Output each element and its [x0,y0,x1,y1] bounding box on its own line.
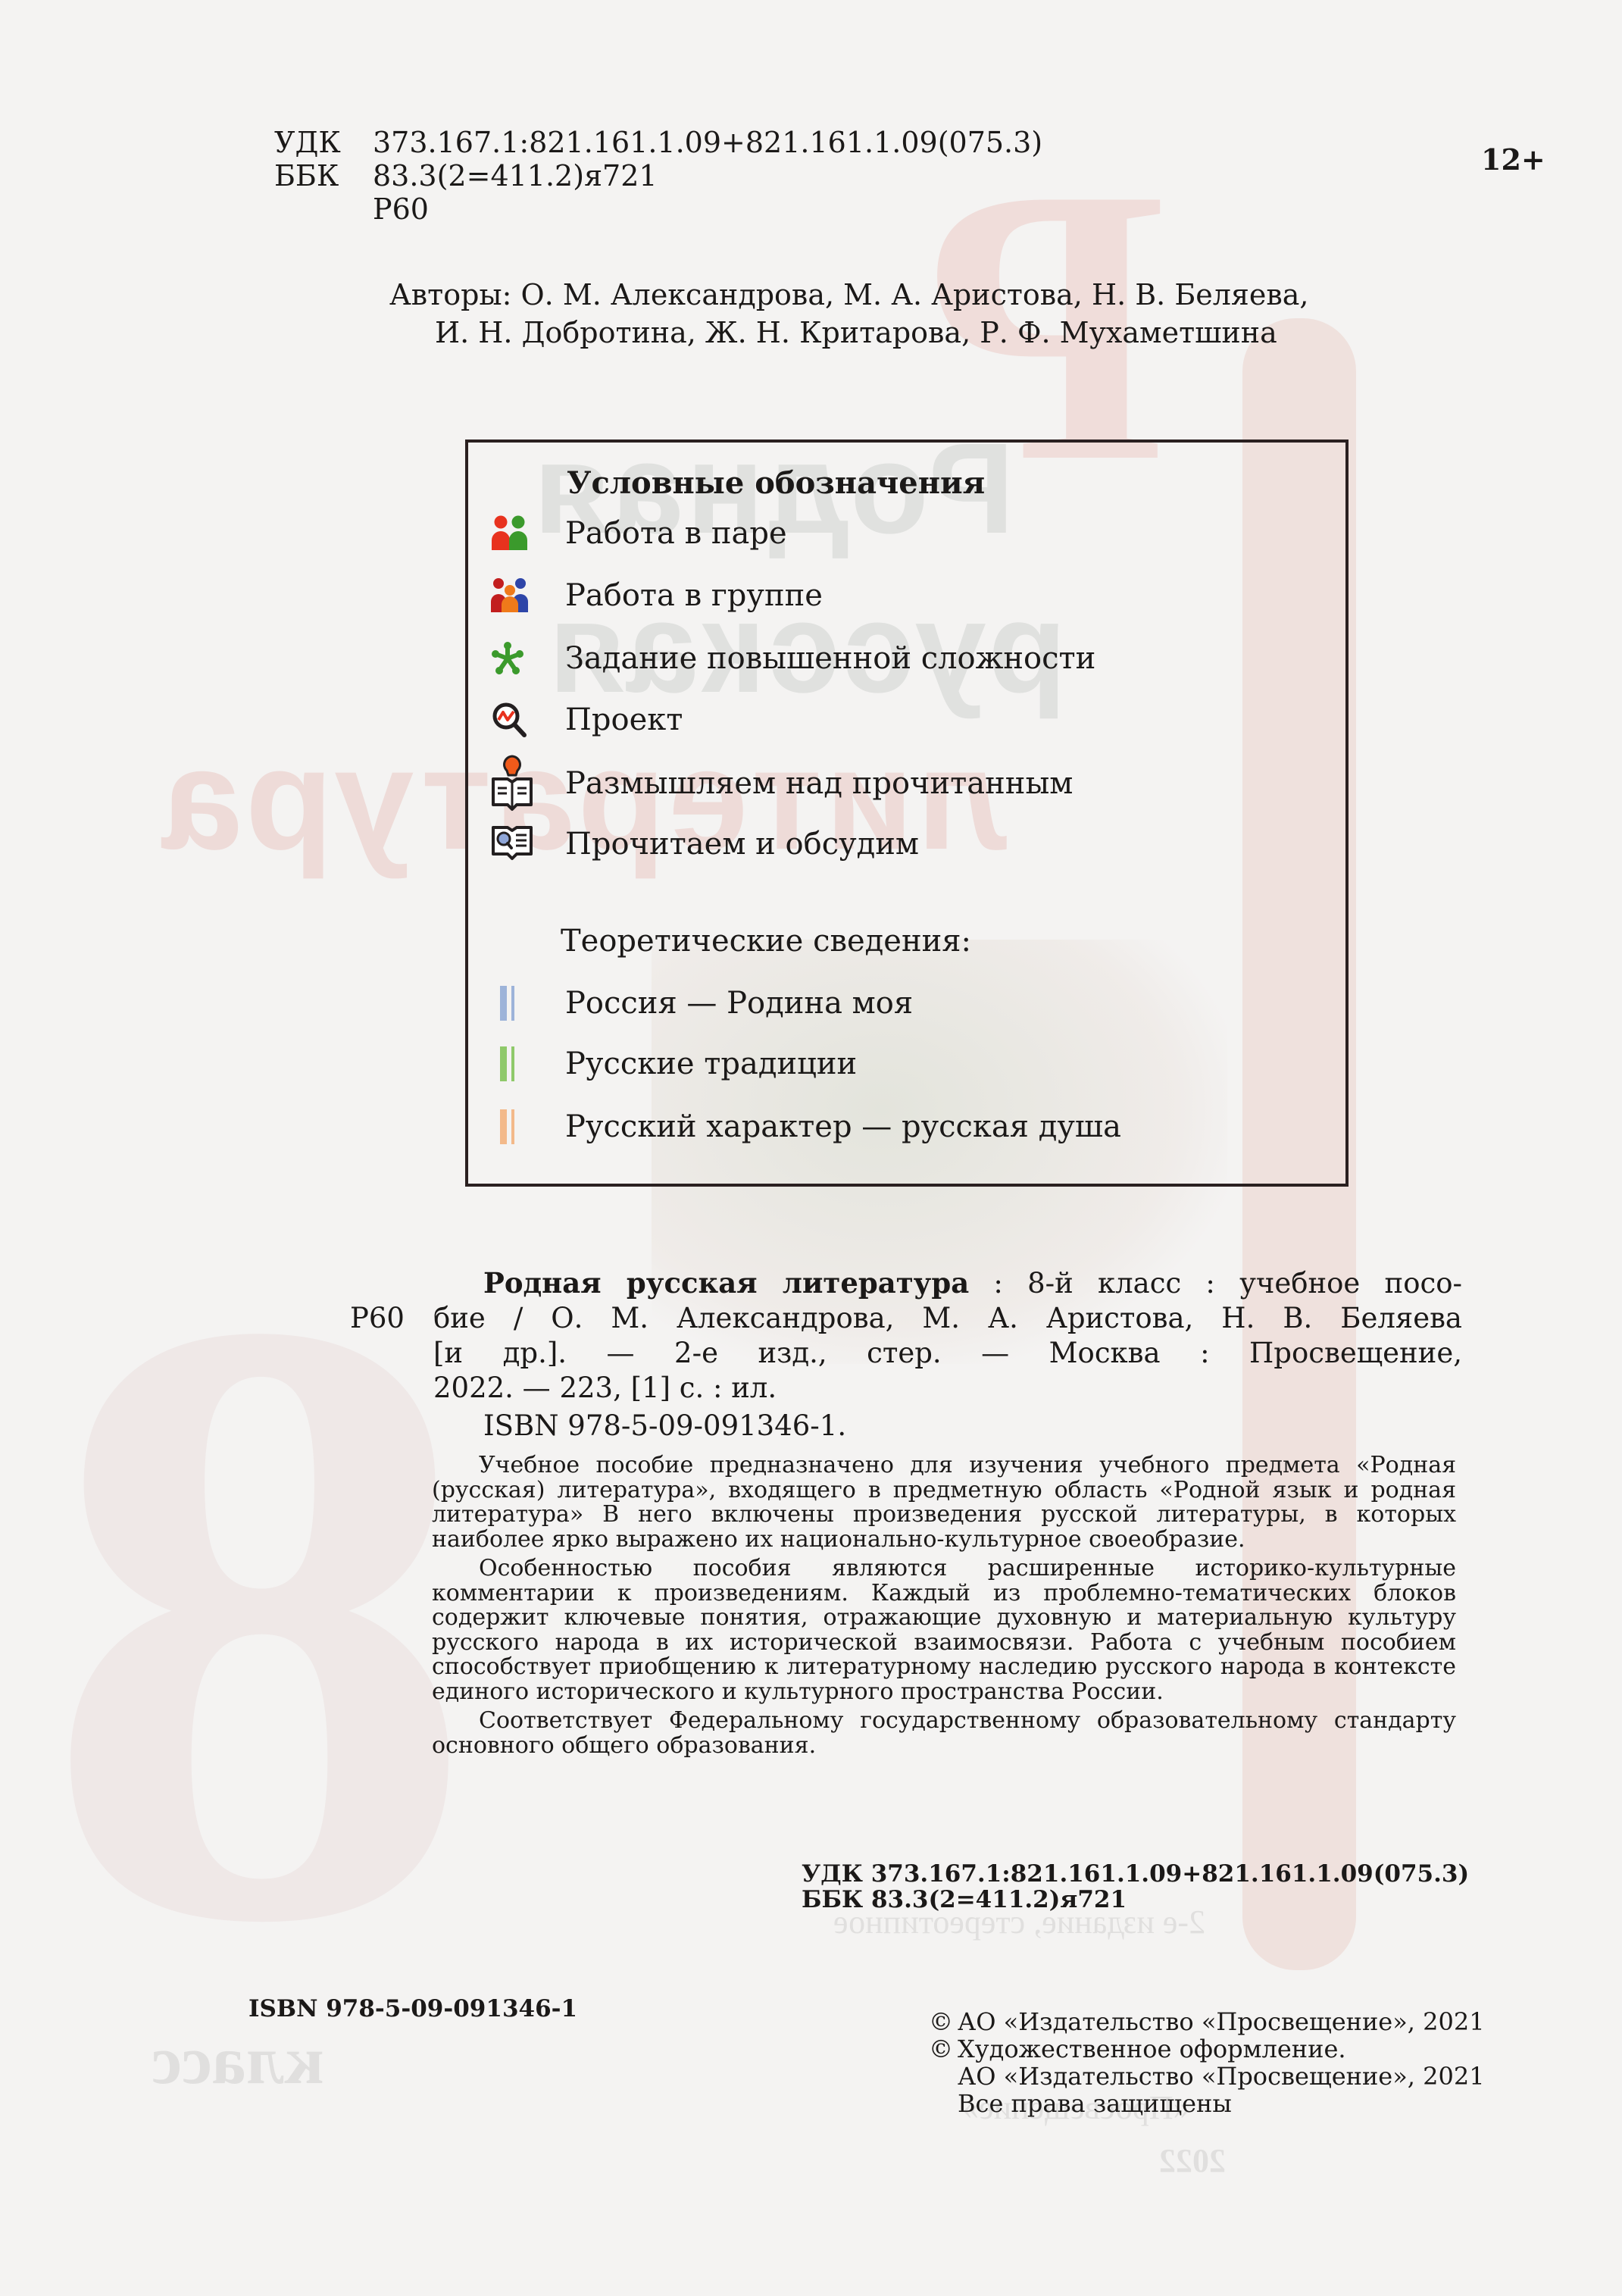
theory-label: Россия — Родина моя [565,986,913,1021]
legend-label: Прочитаем и обсудим [565,827,919,862]
watermark-grade-word: класс [152,2027,323,2095]
legend-label: Работа в паре [565,516,787,551]
bib-line-3: [и др.]. — 2-е изд., стер. — Москва : Пр… [350,1336,1462,1371]
watermark-year: 2022 [1159,2144,1226,2178]
bbk-value: 83.3(2=411.2)я721 [373,159,658,192]
copyright-icon: © [929,2008,958,2035]
bib-line-4: 2022. — 223, [1] с. : ил. [350,1371,1462,1406]
legend-item-advanced-task: Задание повышенной сложности [491,636,1095,681]
legend-item-read-discuss: Прочитаем и обсудим [491,821,919,867]
copyright-icon: © [929,2035,958,2063]
project-magnifier-icon [491,697,539,743]
theory-label: Русские традиции [565,1046,857,1081]
legend-label: Проект [565,702,683,737]
legend-item-group-work: Работа в группе [491,573,823,618]
orange-bar-marker-icon [491,1104,539,1150]
legend-label: Работа в группе [565,578,823,613]
book-title: Родная русская литература [483,1266,969,1300]
authors-line-1: Авторы: О. М. Александрова, М. А. Аристо… [389,276,1480,314]
theory-label: Русский характер — русская душа [565,1109,1121,1144]
classification-footer: УДК 373.167.1:821.161.1.09+821.161.1.09(… [802,1861,1469,1913]
pair-work-icon [491,511,539,556]
group-work-icon [491,573,539,618]
legend-title: Условные обозначения [567,465,985,501]
legend-item-reflect: Размышляем над прочитанным [491,755,1073,812]
udk-label: УДК [274,126,373,159]
abstract-paragraph: Учебное пособие предназначено для изучен… [432,1453,1456,1552]
authors: Авторы: О. М. Александрова, М. А. Аристо… [389,276,1480,352]
book-lightbulb-icon [491,755,539,812]
asterisk-icon [491,636,539,681]
udk-code: УДК 373.167.1:821.161.1.09+821.161.1.09(… [802,1861,1469,1887]
copyright-block: ©АО «Издательство «Просвещение», 2021 ©Х… [929,2008,1485,2117]
theory-title: Теоретические сведения: [561,924,971,959]
authors-line-2: И. Н. Добротина, Ж. Н. Критарова, Р. Ф. … [389,314,1480,352]
legend-label: Задание повышенной сложности [565,641,1095,676]
abstract: Учебное пособие предназначено для изучен… [432,1453,1456,1758]
bbk-label: ББК [274,159,373,192]
bib-author-mark: Р60 [350,1301,433,1336]
theory-item-character: Русский характер — русская душа [491,1104,1121,1150]
blue-bar-marker-icon [491,981,539,1026]
book-search-icon [491,821,539,867]
theory-item-traditions: Русские традиции [491,1041,857,1087]
legend-label: Размышляем над прочитанным [565,766,1073,801]
legend-box: Условные обозначения Работа в паре Работ… [465,439,1349,1187]
bib-line-1: Родная русская литература : 8-й класс : … [350,1265,1462,1301]
classification-header: УДК 373.167.1:821.161.1.09+821.161.1.09(… [274,126,1042,226]
author-mark: Р60 [373,192,429,226]
udk-value: 373.167.1:821.161.1.09+821.161.1.09(075.… [373,126,1042,159]
age-rating: 12+ [1481,142,1545,177]
abstract-paragraph: Особенностью пособия являются расширенны… [432,1556,1456,1704]
abstract-paragraph: Соответствует Федеральному государственн… [432,1709,1456,1758]
isbn-main: ISBN 978-5-09-091346-1. [483,1409,846,1442]
theory-item-russia: Россия — Родина моя [491,981,913,1026]
legend-item-pair-work: Работа в паре [491,511,787,556]
bibliographic-record: Родная русская литература : 8-й класс : … [350,1265,1462,1406]
bib-line-2: бие / О. М. Александрова, М. А. Аристова… [433,1301,1462,1336]
bbk-code: ББК 83.3(2=411.2)я721 [802,1887,1469,1913]
legend-item-project: Проект [491,697,683,743]
green-bar-marker-icon [491,1041,539,1087]
isbn-footer: ISBN 978-5-09-091346-1 [248,1995,577,2022]
